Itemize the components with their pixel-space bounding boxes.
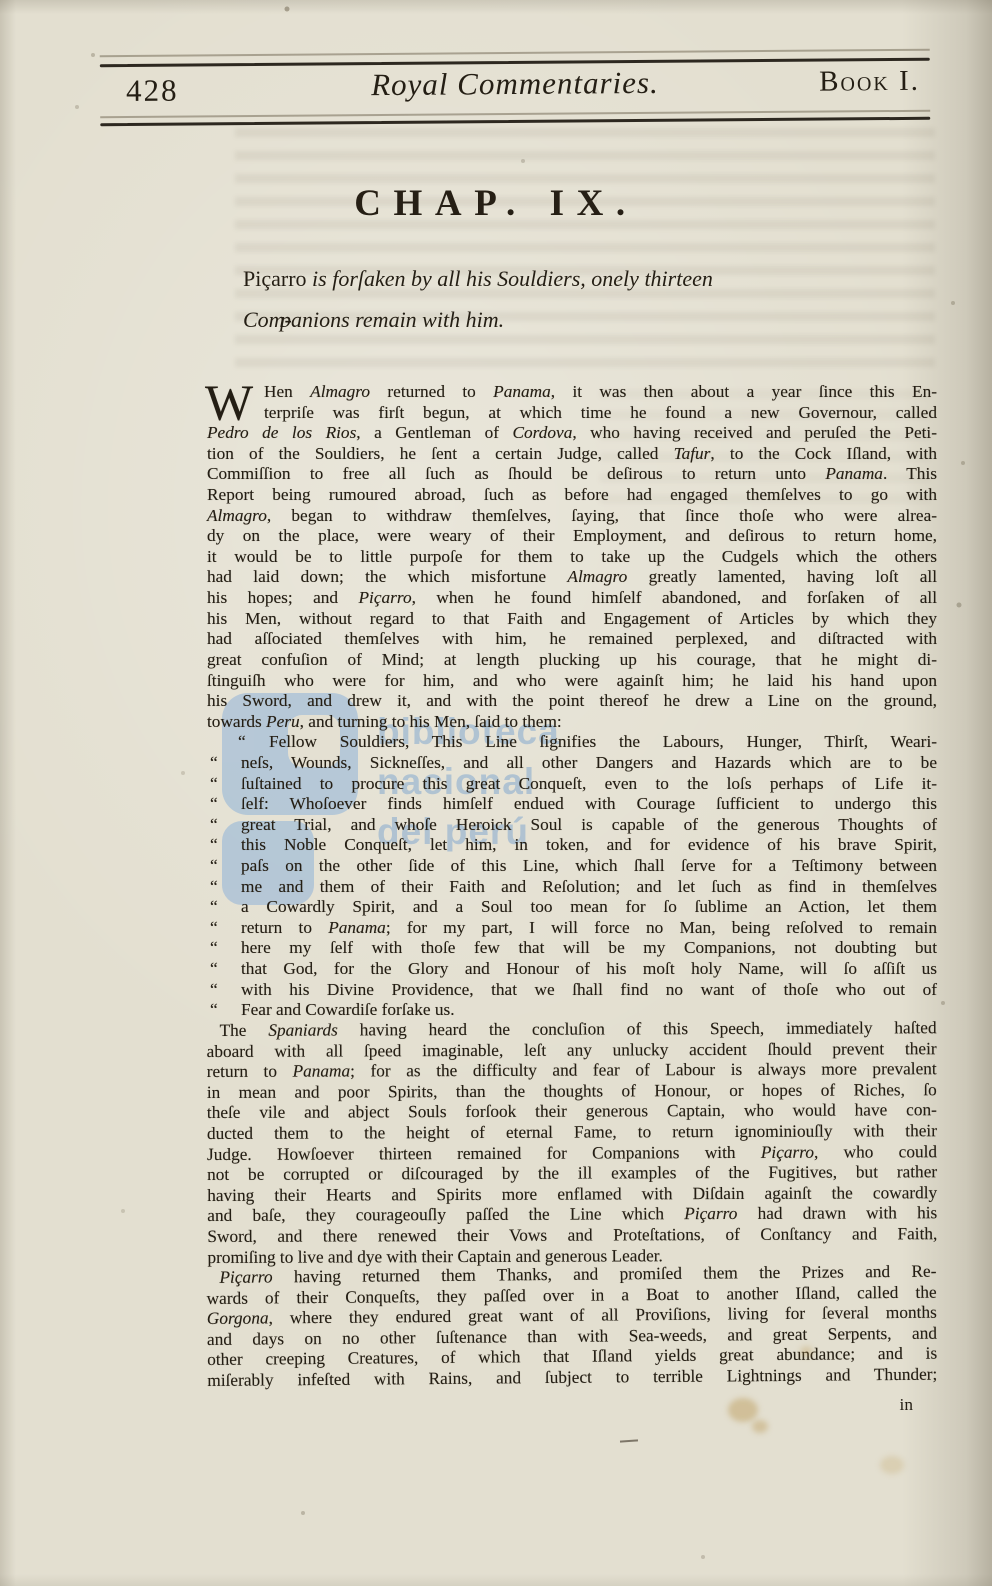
text-run: Report being rumoured abroad, ſuch as be… xyxy=(207,485,937,504)
text-line: “with his Divine Providence, that we ſha… xyxy=(207,980,937,1001)
paper-stain xyxy=(800,1346,813,1357)
drop-cap: W xyxy=(205,384,253,424)
italic-text: Almagro xyxy=(310,382,370,401)
text-run: The xyxy=(220,1021,269,1040)
text-line: his Men, without regard to that Faith an… xyxy=(207,609,937,630)
text-run: a Cowardly Spirit, and a Soul too mean f… xyxy=(241,897,937,916)
text-line: great confuſion of Mind; at length pluck… xyxy=(207,650,937,671)
header-rule xyxy=(100,117,930,127)
text-line: Judge. Howſoever thirteen remained for C… xyxy=(207,1142,937,1165)
text-line: aboard with all ſpeed imaginable, leſt a… xyxy=(207,1039,937,1062)
italic-text: Piçarro xyxy=(358,588,411,607)
text-run: had laid down; the which misfortune xyxy=(207,567,567,586)
italic-text: Panama xyxy=(293,1062,351,1081)
text-run: it would be to little purpoſe for them t… xyxy=(207,547,937,566)
subtitle-line: panions remain with him. xyxy=(243,299,763,340)
reverse-side-show-through xyxy=(235,128,935,378)
text-run: with his Divine Providence, that we ſhal… xyxy=(241,980,937,999)
paragraph: Hen Almagro returned to Panama, it was t… xyxy=(207,382,937,732)
text-line: “this Noble Conqueſt, let him, in token,… xyxy=(207,835,937,856)
text-run: , began to withdraw themſelves, ſaying, … xyxy=(267,506,937,525)
text-run: promiſing to live and dye with their Cap… xyxy=(207,1246,663,1267)
text-run: Fear and Cowardiſe forſake us. xyxy=(241,1000,455,1019)
text-run: return to xyxy=(207,1062,293,1081)
text-run: neſs, Wounds, Sickneſſes, and all other … xyxy=(241,753,937,772)
text-run: ſuſtained to procure this great Conqueſt… xyxy=(241,774,937,793)
text-line: in mean and poor Spirits, than the thoug… xyxy=(207,1080,937,1103)
text-run: me and them of their Faith and Reſolutio… xyxy=(241,877,937,896)
text-line: towards Peru, and turning to his Men, ſa… xyxy=(207,712,937,733)
quote-mark: “ xyxy=(210,1000,218,1021)
text-run: , it was then about a year ſince this En… xyxy=(551,382,937,401)
text-line: “great Trial, and whoſe Heroick Soul is … xyxy=(207,815,937,836)
text-run: his Men, without regard to that Faith an… xyxy=(207,609,937,628)
text-run: Commiſſion to free all ſuch as ſhould be… xyxy=(207,464,825,483)
italic-text: Gorgona xyxy=(207,1309,269,1329)
text-run: Hen xyxy=(264,382,310,401)
text-run: here my ſelf with thoſe few that will be… xyxy=(241,938,937,957)
page-body: Hen Almagro returned to Panama, it was t… xyxy=(207,382,937,1392)
quote-mark: “ xyxy=(210,815,218,836)
paragraph: Piçarro having returned them Thanks, and… xyxy=(206,1262,937,1392)
italic-text: Piçarro xyxy=(684,1204,737,1223)
quote-mark: “ xyxy=(210,938,218,959)
text-line: Report being rumoured abroad, ſuch as be… xyxy=(207,485,937,506)
text-line: terpriſe was firſt begun, at which time … xyxy=(207,403,937,424)
running-header: 428 Royal Commentaries. Book I. xyxy=(100,37,931,139)
text-run: paſs on the other ſide of this Line, whi… xyxy=(241,856,937,875)
text-line: Sword, and there renewed their Vows and … xyxy=(207,1224,937,1247)
italic-text: Almagro xyxy=(207,506,267,525)
quote-mark: “ xyxy=(210,774,218,795)
quote-mark: “ xyxy=(210,877,218,898)
text-line: his Sword, and drew it, and with the poi… xyxy=(207,691,937,712)
text-line: “ſuſtained to procure this great Conqueſ… xyxy=(207,774,937,795)
italic-text: Panama xyxy=(328,918,386,937)
text-run: ſtinguiſh who were for him, and who were… xyxy=(207,671,937,690)
text-run: aboard with all ſpeed imaginable, leſt a… xyxy=(207,1039,937,1061)
text-run: , and turning to his Men, ſaid to them: xyxy=(300,712,562,731)
quote-mark: “ xyxy=(210,753,218,774)
text-line: “paſs on the other ſide of this Line, wh… xyxy=(207,856,937,877)
quote-mark: “ xyxy=(210,959,218,980)
text-run: his Sword, and drew it, and with the poi… xyxy=(207,691,937,710)
quote-mark: “ xyxy=(238,732,246,753)
quote-mark: “ xyxy=(210,980,218,1001)
quote-mark: “ xyxy=(210,897,218,918)
paper-stain xyxy=(880,1456,904,1474)
text-run: great confuſion of Mind; at length pluck… xyxy=(207,650,937,669)
text-line: ducted them to the height of eternal Fam… xyxy=(207,1121,937,1144)
paragraph: The Spaniards having heard the concluſio… xyxy=(207,1018,938,1268)
text-run: ſelf: Whoſoever finds himſelf endued wit… xyxy=(241,794,937,813)
text-line: “ſelf: Whoſoever finds himſelf endued wi… xyxy=(207,794,937,815)
header-rule xyxy=(100,49,930,58)
text-run: , when he found himſelf abandoned, and f… xyxy=(412,588,937,607)
text-run: return to xyxy=(241,918,328,937)
quote-mark: “ xyxy=(210,794,218,815)
text-run: dy on the place, were weary of their Emp… xyxy=(207,526,937,545)
quote-mark: “ xyxy=(210,856,218,877)
subtitle-line: Piçarro is forſaken by all his Souldiers… xyxy=(243,258,763,299)
text-run: not be corrupted or diſcouraged by the i… xyxy=(207,1162,937,1184)
text-line: “a Cowardly Spirit, and a Soul too mean … xyxy=(207,897,937,918)
text-run: greatly lamented, having loſt all xyxy=(627,567,937,586)
text-line: not be corrupted or diſcouraged by the i… xyxy=(207,1162,937,1185)
italic-text: Spaniards xyxy=(268,1020,338,1039)
text-run: his hopes; and xyxy=(207,588,358,607)
text-run: having their Hearts and Spirits more enf… xyxy=(207,1183,937,1205)
book-page-scan: biblioteca nacional del perú 428 Royal C… xyxy=(0,0,992,1586)
text-run: Piçarro xyxy=(243,266,312,291)
text-line: had aſſociated themſelves with him, he r… xyxy=(207,629,937,650)
text-line: “me and them of their Faith and Reſoluti… xyxy=(207,877,937,898)
quote-mark: “ xyxy=(210,835,218,856)
chapter-heading: CHAP. IX. xyxy=(0,182,992,225)
text-line: it would be to little purpoſe for them t… xyxy=(207,547,937,568)
italic-text: Almagro xyxy=(567,567,627,586)
text-run: in mean and poor Spirits, than the thoug… xyxy=(207,1080,937,1102)
text-line: had laid down; the which misfortune Alma… xyxy=(207,567,937,588)
italic-text: Piçarro xyxy=(761,1142,814,1161)
text-run: this Noble Conqueſt, let him, in token, … xyxy=(241,835,937,854)
text-line: return to Panama; for as the difficulty … xyxy=(207,1059,937,1082)
running-title: Royal Commentaries. xyxy=(100,63,930,106)
text-run: great Trial, and whoſe Heroick Soul is c… xyxy=(241,815,937,834)
italic-text: Panama xyxy=(825,464,883,483)
text-run: terpriſe was firſt begun, at which time … xyxy=(264,403,937,422)
text-line: ſtinguiſh who were for him, and who were… xyxy=(207,671,937,692)
text-line: theſe vile and abject Souls forſook thei… xyxy=(207,1101,937,1124)
text-run: , to the Cock Iſland, with xyxy=(710,444,937,463)
text-run: . This xyxy=(883,464,937,483)
text-run: that God, for the Glory and Honour of hi… xyxy=(241,959,937,978)
text-run: ducted them to the height of eternal Fam… xyxy=(207,1121,937,1143)
text-line: “neſs, Wounds, Sickneſſes, and all other… xyxy=(207,753,937,774)
text-line: dy on the place, were weary of their Emp… xyxy=(207,526,937,547)
text-run: tion of the Souldiers, he ſent a certain… xyxy=(207,444,674,463)
text-run: , a Gentleman of xyxy=(356,423,512,442)
text-line: Almagro, began to withdraw themſelves, ſ… xyxy=(207,506,937,527)
text-run: Judge. Howſoever thirteen remained for C… xyxy=(207,1142,761,1163)
text-run: ; for my part, I will force no Man, bein… xyxy=(386,918,937,937)
text-line: and baſe, they courageouſly paſſed the L… xyxy=(207,1204,937,1227)
text-line: having their Hearts and Spirits more enf… xyxy=(207,1183,937,1206)
text-line: Hen Almagro returned to Panama, it was t… xyxy=(207,382,937,403)
text-run: towards xyxy=(207,712,266,731)
italic-text: Cordova xyxy=(513,423,573,442)
text-line: “that God, for the Glory and Honour of h… xyxy=(207,959,937,980)
paper-stain xyxy=(752,1420,768,1433)
chapter-subtitle: Piçarro is forſaken by all his Souldiers… xyxy=(243,258,763,340)
text-run: and baſe, they courageouſly paſſed the L… xyxy=(207,1205,684,1226)
text-run: had drawn with his xyxy=(737,1204,937,1224)
text-run: , who having received and peruſed the Pe… xyxy=(572,423,937,442)
text-run: returned to xyxy=(370,382,493,401)
text-line: Pedro de los Rios, a Gentleman of Cordov… xyxy=(207,423,937,444)
text-run: theſe vile and abject Souls forſook thei… xyxy=(207,1101,937,1123)
text-run: ; for as the difficulty and fear of Labo… xyxy=(350,1059,937,1080)
text-line: The Spaniards having heard the concluſio… xyxy=(207,1018,937,1041)
text-line: his hopes; and Piçarro, when he found hi… xyxy=(207,588,937,609)
paper-specks xyxy=(0,0,2,2)
text-line: “return to Panama; for my part, I will f… xyxy=(207,918,937,939)
text-line: “here my ſelf with thoſe few that will b… xyxy=(207,938,937,959)
quote-mark: “ xyxy=(210,918,218,939)
catchword: in xyxy=(207,1395,913,1415)
italic-text: Panama xyxy=(493,382,551,401)
italic-text: Tafur xyxy=(674,444,711,463)
ink-mark xyxy=(620,1439,638,1442)
italic-text: panions remain with him. xyxy=(280,307,504,332)
italic-text: Piçarro xyxy=(219,1268,272,1287)
paragraph: “Fellow Souldiers, This Line ſignifies t… xyxy=(207,732,937,1021)
text-line: “Fellow Souldiers, This Line ſignifies t… xyxy=(207,732,937,753)
text-run: had aſſociated themſelves with him, he r… xyxy=(207,629,937,648)
text-line: Commiſſion to free all ſuch as ſhould be… xyxy=(207,464,937,485)
text-run: having heard the concluſion of this Spee… xyxy=(338,1018,937,1039)
paper-stain xyxy=(728,1398,758,1422)
text-line: tion of the Souldiers, he ſent a certain… xyxy=(207,444,937,465)
text-run: , who could xyxy=(814,1142,937,1161)
text-run: Fellow Souldiers, This Line ſignifies th… xyxy=(269,732,937,751)
text-run: Sword, and there renewed their Vows and … xyxy=(207,1224,937,1246)
book-label: Book I. xyxy=(819,65,920,99)
italic-text: Peru xyxy=(266,712,300,731)
